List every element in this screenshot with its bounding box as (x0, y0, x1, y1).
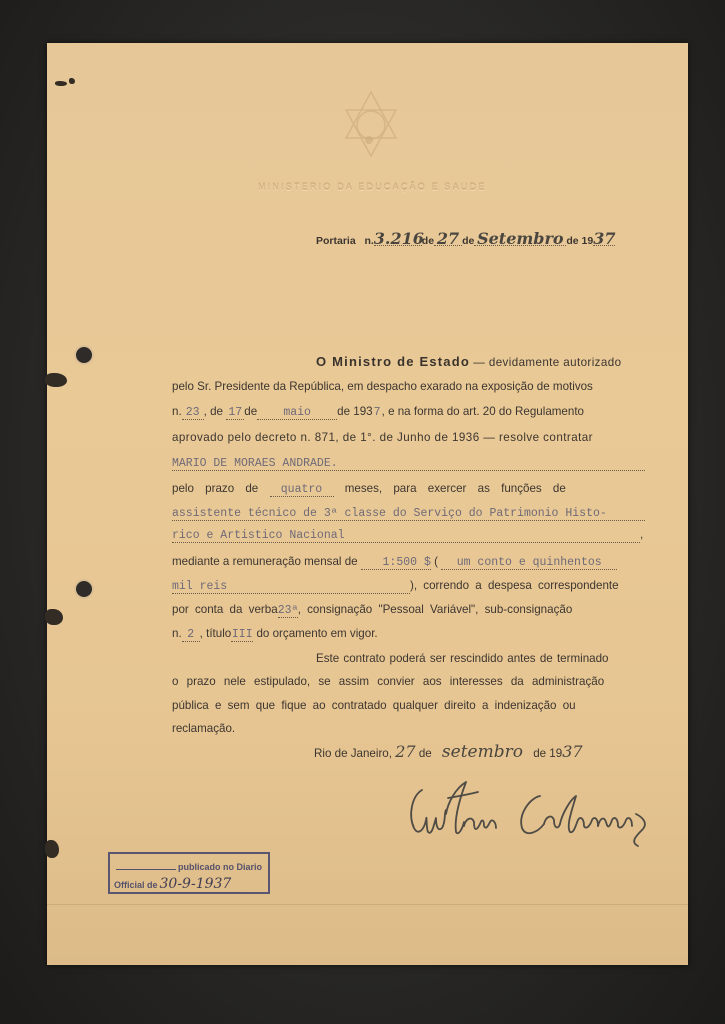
body-line: aprovado pelo decreto n. 871, de 1°. de … (172, 431, 593, 444)
body-text: por conta da verba (172, 603, 278, 616)
clause-line: pública e sem que fique ao contratado qu… (172, 699, 576, 712)
motivos-number: 23 (182, 406, 204, 420)
minister-title: O Ministro de Estado (316, 354, 470, 369)
binding-stain (45, 609, 63, 625)
salary-line-2: mil reis), correndo a despesa correspond… (172, 579, 619, 594)
edge-mark (69, 78, 75, 84)
role-title-2: rico e Artistico Nacional (172, 529, 640, 543)
portaria-number: 3.216 (374, 232, 422, 246)
de-label: de (244, 405, 257, 418)
de-label: de (462, 235, 474, 247)
salary-amount: 1:500 $ (361, 556, 431, 570)
clause-line: reclamação. (172, 722, 235, 735)
stamp-line-2: Official de30-9-1937 (114, 876, 241, 892)
n-label: n. (172, 405, 182, 418)
body-text: Este contrato poderá ser rescindido ante… (316, 652, 609, 665)
closing-day: 27 (395, 742, 415, 761)
body-text: pelo prazo de (172, 482, 258, 495)
body-text: reclamação. (172, 722, 235, 735)
n-label: n. (172, 627, 182, 640)
body-text: o prazo nele estipulado, se assim convie… (172, 675, 604, 688)
term-value: quatro (270, 483, 334, 497)
stamp-label: Official de (114, 880, 158, 890)
body-text: pública e sem que fique ao contratado qu… (172, 699, 576, 712)
stamp-line-1: publicado no Diario (116, 862, 262, 872)
titulo-value: III (231, 628, 253, 642)
closing-date-line: Rio de Janeiro, 27 de setembro de 1937 (314, 742, 583, 762)
salary-words-cont: mil reis (172, 580, 410, 594)
salary-words: um conto e quinhentos (441, 556, 617, 570)
stamp-date: 30-9-1937 (158, 876, 242, 893)
clause-line: Este contrato poderá ser rescindido ante… (316, 652, 609, 665)
contractor-name: MARIO DE MORAES ANDRADE. (172, 457, 645, 471)
edge-mark (55, 81, 67, 86)
ministry-letterhead: MINISTERIO DA EDUCAÇÃO E SAUDE (258, 182, 498, 192)
motivos-month: maio (257, 406, 337, 420)
title-line: O Ministro de Estado — devidamente autor… (316, 354, 621, 369)
body-text: ), correndo a despesa correspondente (410, 579, 619, 592)
verba-value: 23ª (278, 604, 298, 618)
sub-consignacao-value: 2 (182, 628, 200, 642)
title-tail: — devidamente autorizado (473, 356, 621, 369)
de-label: de (419, 747, 432, 760)
body-text: aprovado pelo decreto n. 871, de 1°. de … (172, 431, 593, 444)
contractor-line: MARIO DE MORAES ANDRADE. (172, 456, 645, 471)
motivos-day: 17 (226, 406, 244, 420)
de-label: , de (204, 405, 223, 418)
de-label: de 19 (533, 747, 562, 760)
binding-stain (45, 373, 67, 387)
body-text: , consignação "Pessoal Variável", sub-co… (298, 603, 573, 616)
role-line-2: rico e Artistico Nacional, (172, 528, 643, 543)
coat-of-arms-icon (336, 90, 406, 160)
salary-line: mediante a remuneração mensal de 1:500 $… (172, 555, 617, 570)
body-text: do orçamento em vigor. (256, 627, 377, 640)
closing-month: setembro (435, 742, 530, 762)
body-text: mediante a remuneração mensal de (172, 555, 358, 568)
clause-line: o prazo nele estipulado, se assim convie… (172, 675, 604, 688)
signature-gustavo-capanema (400, 770, 660, 850)
portaria-month: Setembro (474, 232, 566, 246)
role-title-1: assistente técnico de 3ª classe do Servi… (172, 507, 645, 521)
de-label: de (422, 235, 434, 247)
paren: ( (434, 555, 438, 568)
closing-year: 37 (562, 742, 582, 761)
publication-stamp: publicado no Diario Official de30-9-1937 (108, 852, 270, 894)
role-line-1: assistente técnico de 3ª classe do Servi… (172, 506, 645, 521)
de-label: de (566, 235, 578, 247)
body-text: pelo Sr. Presidente da República, em des… (172, 380, 593, 393)
punch-hole-top (76, 347, 92, 363)
binding-stain (45, 840, 59, 858)
motivos-year-digit: 7 (373, 406, 382, 419)
body-text: , e na forma do art. 20 do Regulamento (382, 405, 584, 418)
portaria-day: 27 (434, 232, 462, 246)
portaria-label: Portaria (316, 235, 356, 247)
term-line: pelo prazo de quatro meses, para exercer… (172, 482, 645, 497)
punch-hole-bottom (76, 581, 92, 597)
portaria-line: Portaria n.3.216de27deSetembrode 1937 (316, 232, 615, 247)
motivos-line: n.23, de 17demaiode 1937, e na forma do … (172, 405, 645, 420)
portaria-year: 37 (593, 232, 615, 246)
portaria-n-label: n. (364, 235, 373, 247)
body-line: pelo Sr. Presidente da República, em des… (172, 380, 645, 393)
titulo-line: n.2, títuloIII do orçamento em vigor. (172, 627, 378, 642)
verba-line: por conta da verba23ª, consignação "Pess… (172, 603, 572, 618)
year-label: de 193 (337, 405, 372, 418)
place: Rio de Janeiro, (314, 747, 392, 760)
year-prefix: 19 (582, 235, 594, 247)
body-text: meses, para exercer as funções de (345, 482, 566, 495)
titulo-label: , título (200, 627, 232, 640)
